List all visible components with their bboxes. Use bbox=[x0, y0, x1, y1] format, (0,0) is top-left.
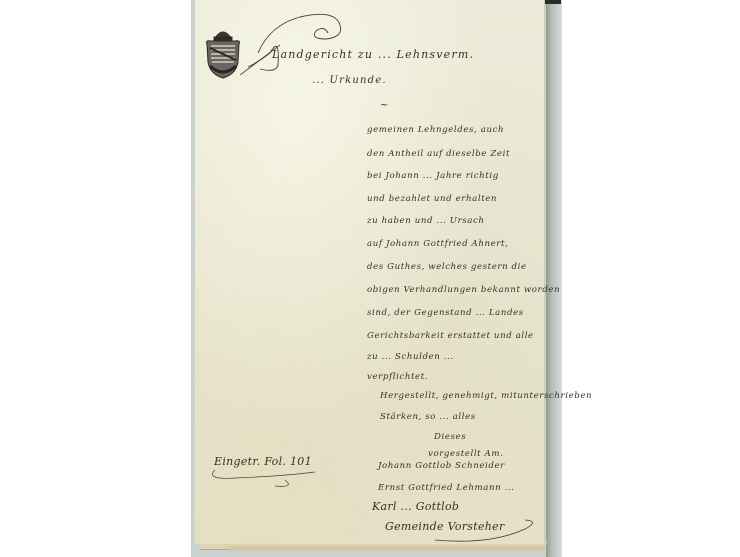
body-line: sind, der Gegenstand ... Landes bbox=[367, 308, 524, 318]
body-line: bei Johann ... Jahre richtig bbox=[367, 171, 499, 181]
heading-initial-flourish bbox=[240, 5, 410, 75]
closing-line: Stärken, so ... alles bbox=[380, 412, 476, 422]
heading-line-2: ... Urkunde. bbox=[312, 75, 387, 86]
signature: Johann Gottlob Schneider bbox=[378, 461, 505, 471]
scan-corner bbox=[545, 0, 561, 4]
body-line: den Antheil auf dieselbe Zeit bbox=[367, 149, 510, 159]
body-line: zu ... Schulden ... bbox=[367, 352, 454, 362]
signature: Karl ... Gottlob bbox=[372, 500, 459, 513]
coat-of-arms-icon bbox=[201, 26, 245, 80]
body-line: des Guthes, welches gestern die bbox=[367, 262, 527, 272]
underlying-pages-2 bbox=[230, 546, 546, 551]
signature: Ernst Gottfried Lehmann ... bbox=[378, 483, 515, 493]
body-line: auf Johann Gottfried Ahnert, bbox=[367, 239, 508, 249]
margin-note-flourish bbox=[205, 458, 325, 488]
body-line: verpflichtet. bbox=[367, 372, 428, 382]
heading-line-1: Landgericht zu ... Lehnsverm. bbox=[272, 48, 474, 61]
body-line: Gerichtsbarkeit erstattet und alle bbox=[367, 331, 534, 341]
body-line: gemeinen Lehngeldes, auch bbox=[367, 125, 504, 135]
heading-dash: ~ bbox=[380, 100, 389, 111]
body-line: zu haben und ... Ursach bbox=[367, 216, 485, 226]
signature-flourish bbox=[430, 515, 550, 545]
page-edge-shadow bbox=[546, 0, 562, 557]
closing-line: Dieses bbox=[434, 432, 466, 442]
closing-line: Hergestellt, genehmigt, mitunterschriebe… bbox=[380, 391, 592, 401]
closing-line: vorgestellt Am. bbox=[428, 449, 503, 459]
body-line: obigen Verhandlungen bekannt worden bbox=[367, 285, 560, 295]
body-line: und bezahlet und erhalten bbox=[367, 194, 497, 204]
